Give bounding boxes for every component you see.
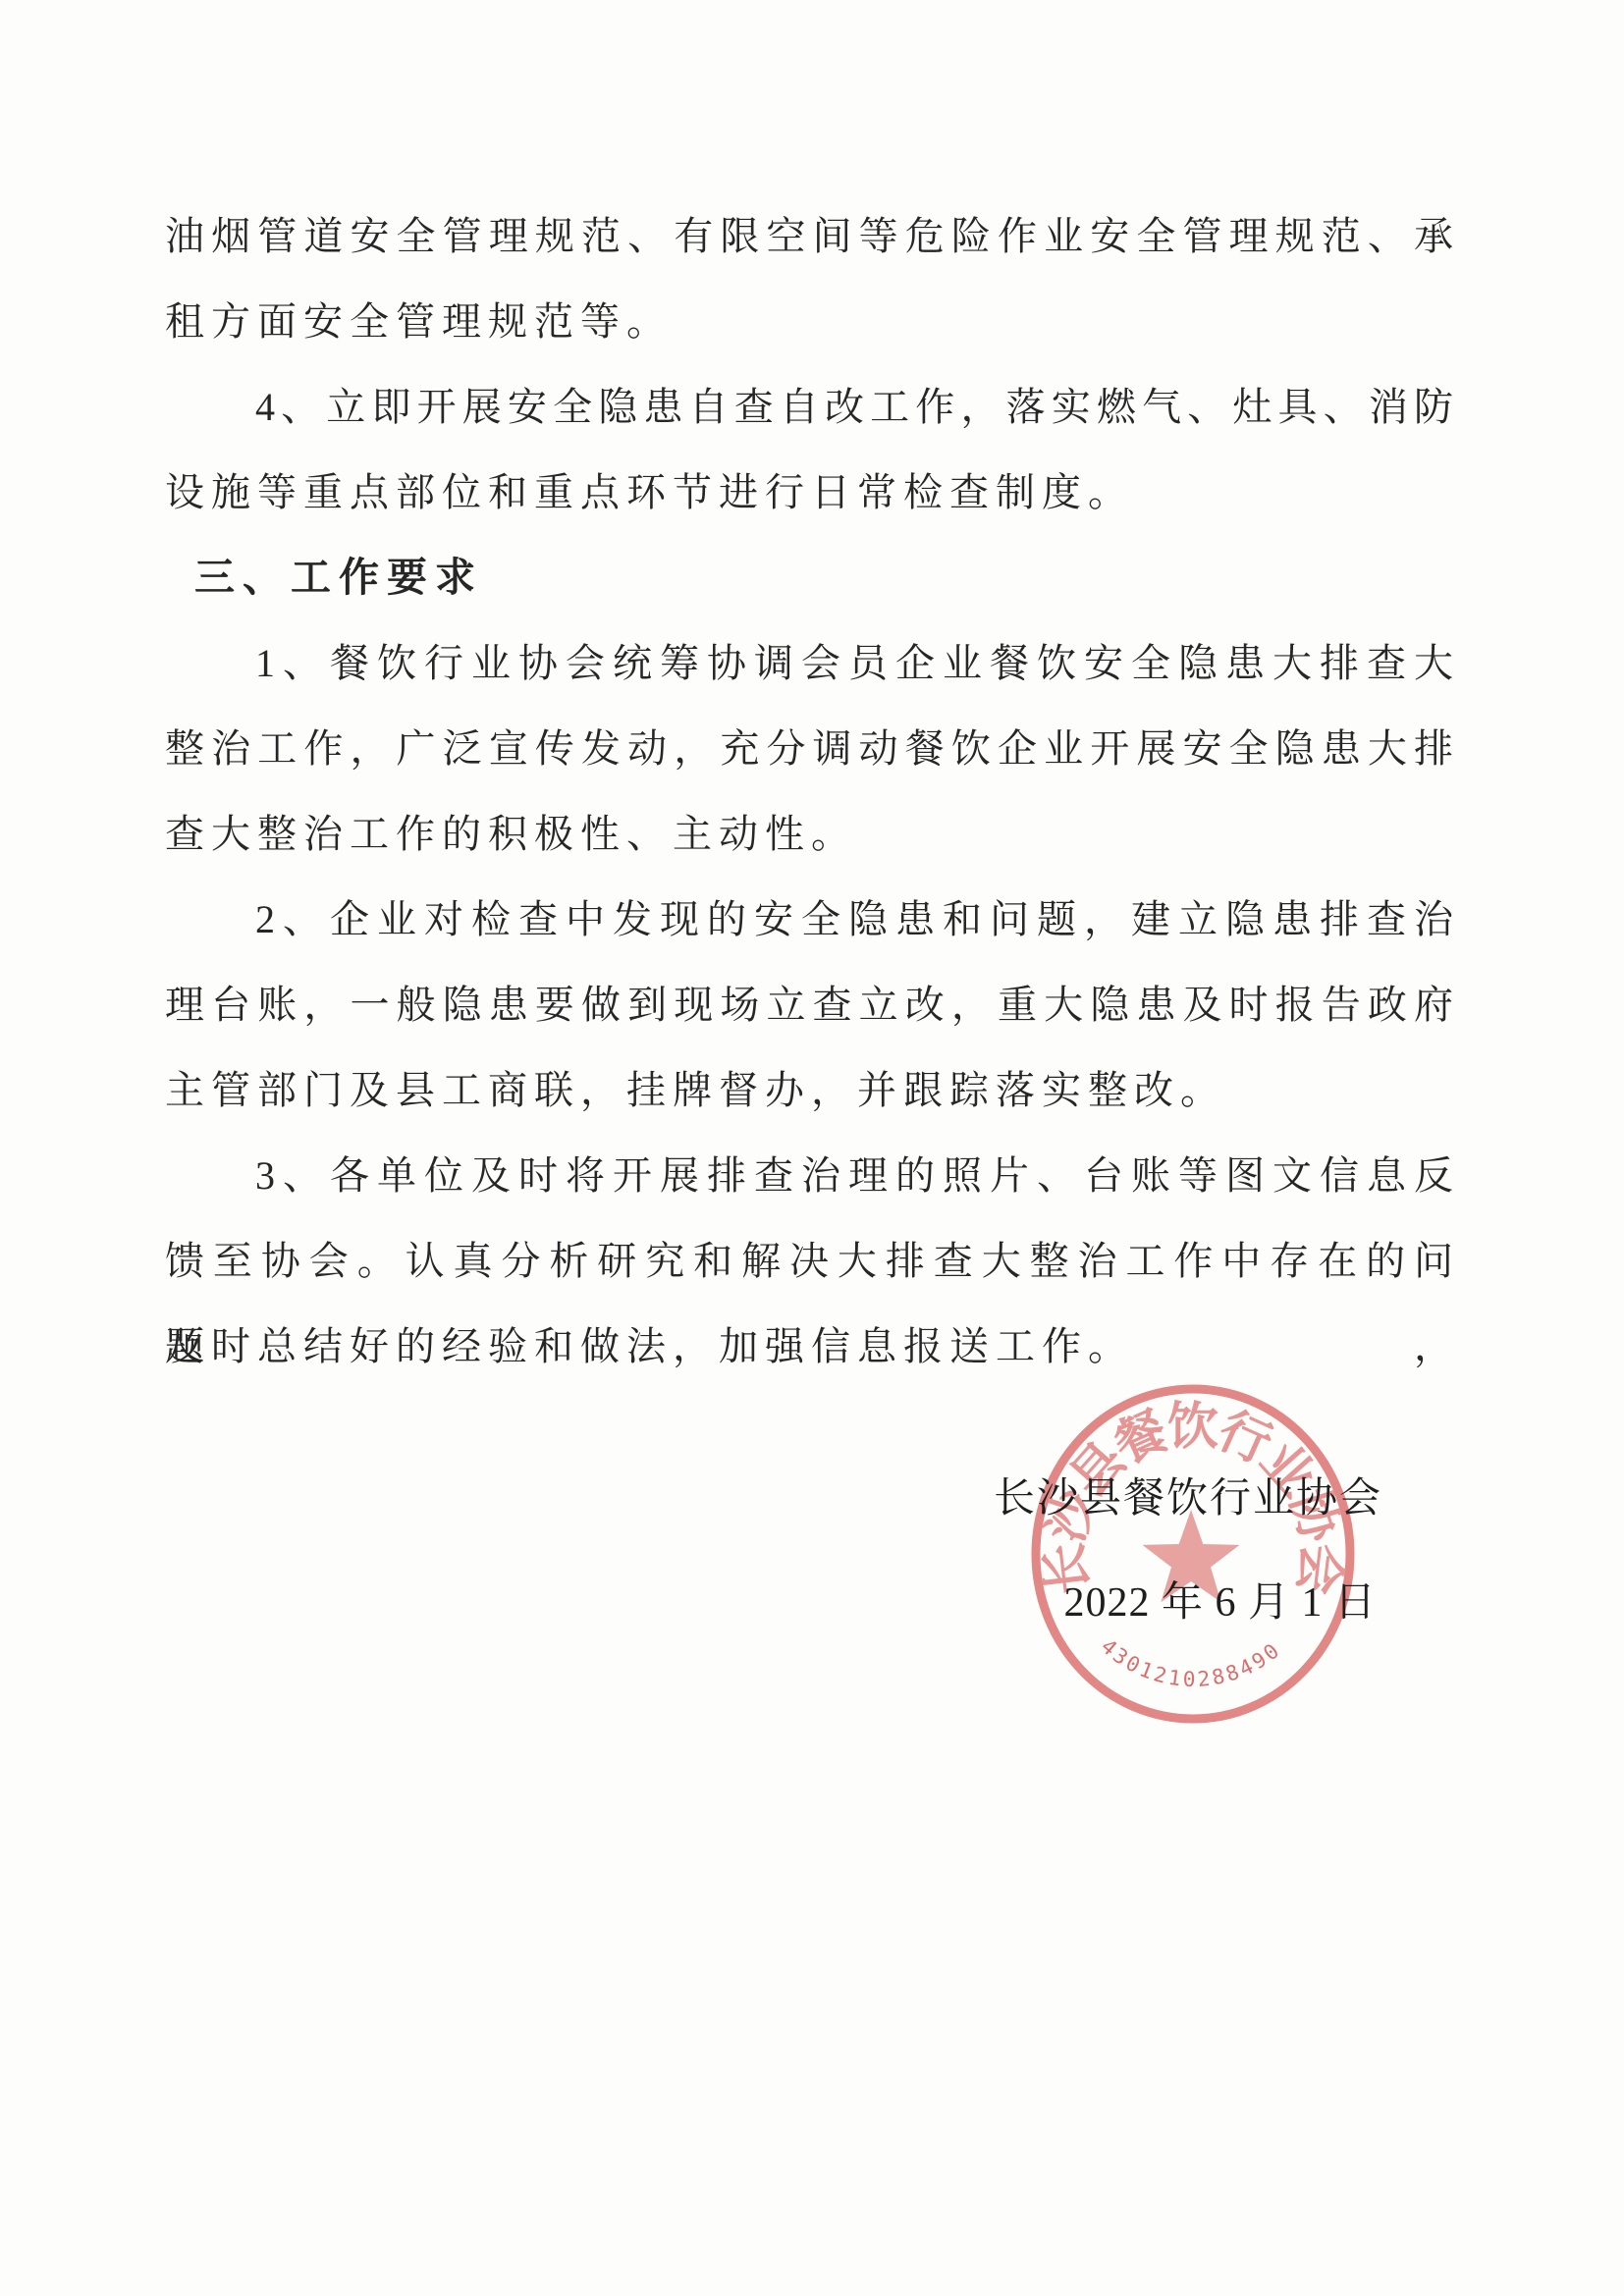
text-line: 3、各单位及时将开展排查治理的照片、台账等图文信息反	[165, 1133, 1459, 1218]
signature-line: 长沙县餐饮行业协会	[994, 1469, 1382, 1528]
text-line: 4、立即开展安全隐患自查自改工作，落实燃气、灶具、消防	[165, 364, 1459, 450]
text-line: 油烟管道安全管理规范、有限空间等危险作业安全管理规范、承	[165, 193, 1459, 279]
text-line: 租方面安全管理规范等。	[165, 279, 1459, 364]
official-seal: 长沙县餐饮行业协会 4301210288490	[997, 1358, 1389, 1750]
text-line: 馈至协会。认真分析研究和解决大排查大整治工作中存在的问题，	[165, 1218, 1459, 1304]
text-line: 设施等重点部位和重点环节进行日常检查制度。	[165, 450, 1459, 535]
text-line: 主管部门及县工商联，挂牌督办，并跟踪落实整改。	[165, 1047, 1459, 1133]
document-page: 油烟管道安全管理规范、有限空间等危险作业安全管理规范、承租方面安全管理规范等。4…	[0, 0, 1624, 2296]
document-body: 油烟管道安全管理规范、有限空间等危险作业安全管理规范、承租方面安全管理规范等。4…	[165, 193, 1459, 1389]
text-line: 1、餐饮行业协会统筹协调会员企业餐饮安全隐患大排查大	[165, 620, 1459, 706]
section-heading: 三、工作要求	[165, 535, 1459, 620]
seal-serial-number: 4301210288490	[1097, 1634, 1286, 1691]
text-line: 理台账，一般隐患要做到现场立查立改，重大隐患及时报告政府	[165, 962, 1459, 1047]
text-line: 查大整治工作的积极性、主动性。	[165, 791, 1459, 877]
date-line: 2022 年 6 月 1 日	[1063, 1574, 1377, 1632]
text-line: 2、企业对检查中发现的安全隐患和问题，建立隐患排查治	[165, 877, 1459, 962]
text-line: 整治工作，广泛宣传发动，充分调动餐饮企业开展安全隐患大排	[165, 706, 1459, 791]
seal-serial-shape: 4301210288490	[1097, 1634, 1286, 1691]
